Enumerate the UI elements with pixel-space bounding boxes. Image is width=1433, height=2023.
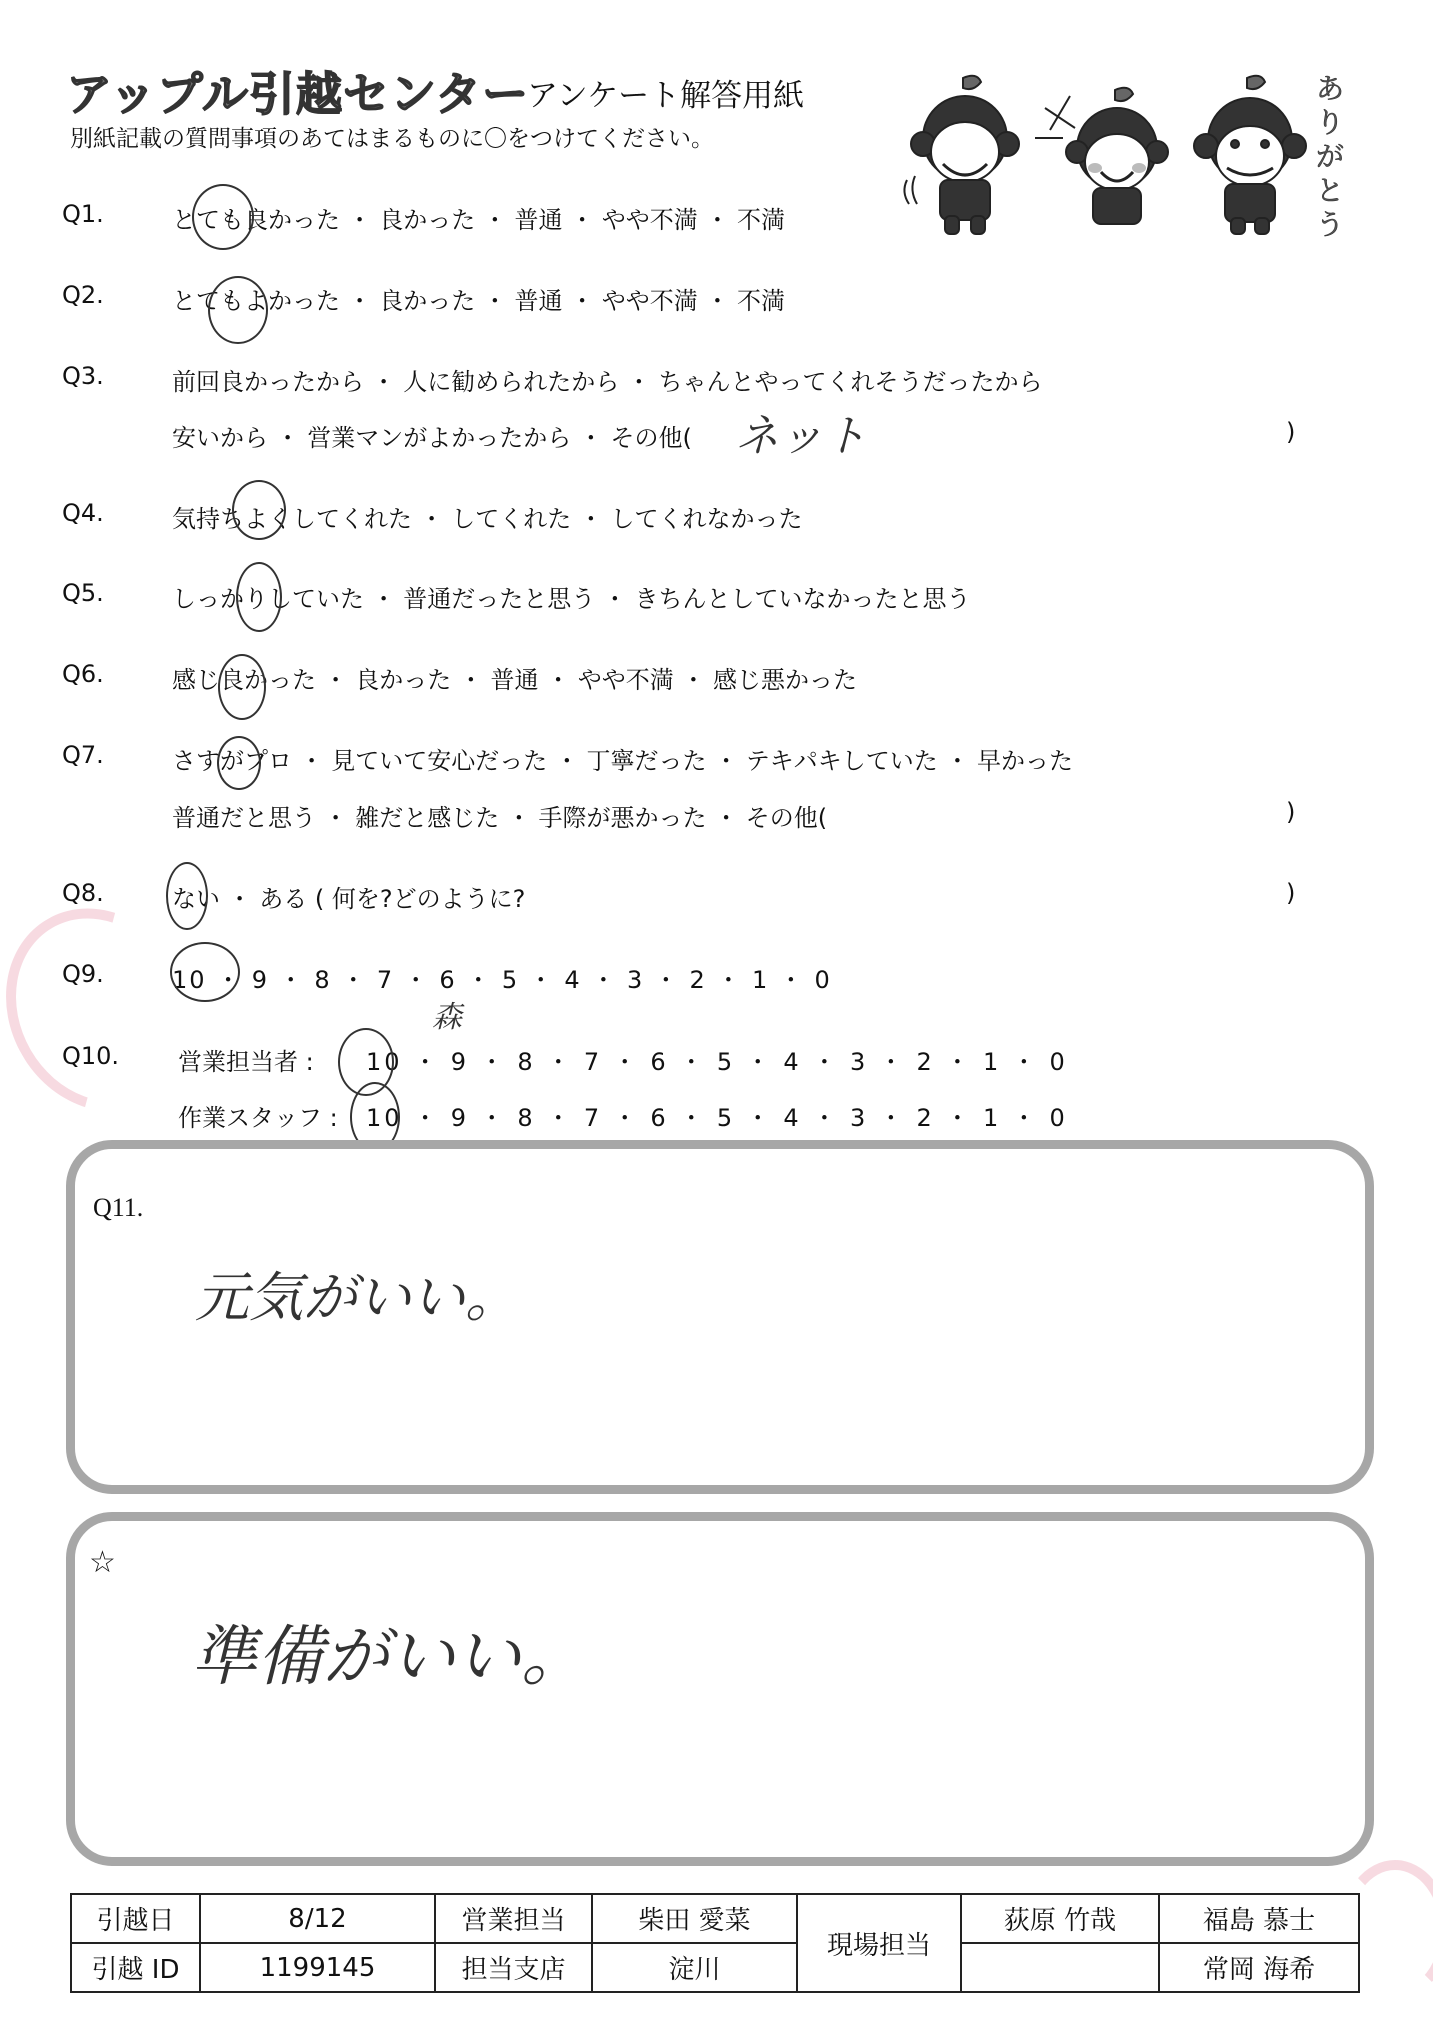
instruction-text: 別紙記載の質問事項のあてはまるものに〇をつけてください。 <box>70 120 714 153</box>
q1-answer-circle <box>192 184 254 250</box>
question-number-q9: Q9. <box>62 960 104 988</box>
q3-close-paren: ) <box>1286 418 1295 446</box>
site-staff-2: 福島 慕士 <box>1159 1894 1359 1943</box>
q3-other-handwritten: ネット <box>735 400 867 464</box>
q2-answer-circle <box>208 276 268 344</box>
q6-options[interactable]: 感じ良かった ・ 良かった ・ 普通 ・ やや不満 ・ 感じ悪かった <box>172 660 857 695</box>
site-staff-1: 荻原 竹哉 <box>961 1894 1159 1943</box>
site-staff-label: 現場担当 <box>797 1894 961 1992</box>
star-label: ☆ <box>89 1545 116 1580</box>
q3-options-line1[interactable]: 前回良かったから ・ 人に勧められたから ・ ちゃんとやってくれそうだったから <box>172 362 1043 397</box>
question-number-q6: Q6. <box>62 660 104 688</box>
star-comment-box[interactable]: ☆ 準備がいい。 <box>66 1512 1374 1866</box>
q7-close-paren: ) <box>1286 798 1295 826</box>
q8-options[interactable]: ない ・ ある ( 何を?どのように? <box>172 879 525 914</box>
q6-answer-circle <box>218 654 266 720</box>
company-title: アップル引越センター <box>66 58 529 124</box>
move-date-label: 引越日 <box>71 1894 200 1943</box>
q11-handwritten-comment: 元気がいい。 <box>195 1255 519 1332</box>
move-id-label: 引越 ID <box>71 1943 200 1992</box>
q5-options[interactable]: しっかりしていた ・ 普通だったと思う ・ きちんとしていなかったと思う <box>172 579 971 614</box>
q5-answer-circle <box>236 562 282 632</box>
branch-label: 担当支店 <box>435 1943 592 1992</box>
question-number-q5: Q5. <box>62 579 104 607</box>
q9-scale[interactable]: 10 ・ 9 ・ 8 ・ 7 ・ 6 ・ 5 ・ 4 ・ 3 ・ 2 ・ 1 ・… <box>172 960 832 995</box>
q7-options-line2[interactable]: 普通だと思う ・ 雑だと感じた ・ 手際が悪かった ・ その他( <box>172 798 827 833</box>
q7-answer-circle <box>217 736 261 790</box>
q8-answer-circle <box>166 862 208 930</box>
q10-sales-note-handwritten: 森 <box>432 992 462 1036</box>
q11-label: Q11. <box>93 1193 143 1223</box>
question-number-q1: Q1. <box>62 200 104 228</box>
q10-sales-scale[interactable]: 10 ・ 9 ・ 8 ・ 7 ・ 6 ・ 5 ・ 4 ・ 3 ・ 2 ・ 1 ・… <box>366 1042 1068 1077</box>
question-number-q7: Q7. <box>62 741 104 769</box>
q10-sales-label: 営業担当者 : <box>178 1042 314 1077</box>
move-id-value: 1199145 <box>200 1943 435 1992</box>
q7-options-line1[interactable]: さすがプロ ・ 見ていて安心だった ・ 丁寧だった ・ テキパキしていた ・ 早… <box>172 741 1073 776</box>
question-number-q4: Q4. <box>62 499 104 527</box>
q1-options[interactable]: とても良かった ・ 良かった ・ 普通 ・ やや不満 ・ 不満 <box>172 200 785 235</box>
arigatou-caption: ありがとう <box>1316 72 1352 242</box>
sales-rep-label: 営業担当 <box>435 1894 592 1943</box>
branch-value: 淀川 <box>592 1943 797 1992</box>
site-staff-empty <box>961 1943 1159 1992</box>
q10-staff-scale[interactable]: 10 ・ 9 ・ 8 ・ 7 ・ 6 ・ 5 ・ 4 ・ 3 ・ 2 ・ 1 ・… <box>366 1098 1068 1133</box>
question-number-q3: Q3. <box>62 362 104 390</box>
monkey-mascots-illustration <box>895 68 1335 238</box>
star-handwritten-comment: 準備がいい。 <box>191 1603 587 1698</box>
question-number-q10: Q10. <box>62 1042 119 1070</box>
form-title: アンケート解答用紙 <box>527 70 804 115</box>
q8-close-paren: ) <box>1286 879 1295 907</box>
move-info-table: 引越日 8/12 営業担当 柴田 愛菜 現場担当 荻原 竹哉 福島 慕士 引越 … <box>70 1893 1360 1993</box>
sales-rep-value: 柴田 愛菜 <box>592 1894 797 1943</box>
q9-answer-circle <box>170 942 240 1002</box>
q4-answer-circle <box>232 480 286 540</box>
q10-staff-label: 作業スタッフ : <box>178 1098 338 1133</box>
q11-comment-box[interactable]: Q11. 元気がいい。 <box>66 1140 1374 1494</box>
move-date-value: 8/12 <box>200 1894 435 1943</box>
site-staff-3: 常岡 海希 <box>1159 1943 1359 1992</box>
q3-options-line2[interactable]: 安いから ・ 営業マンがよかったから ・ その他( <box>172 418 692 453</box>
question-number-q8: Q8. <box>62 879 104 907</box>
question-number-q2: Q2. <box>62 281 104 309</box>
